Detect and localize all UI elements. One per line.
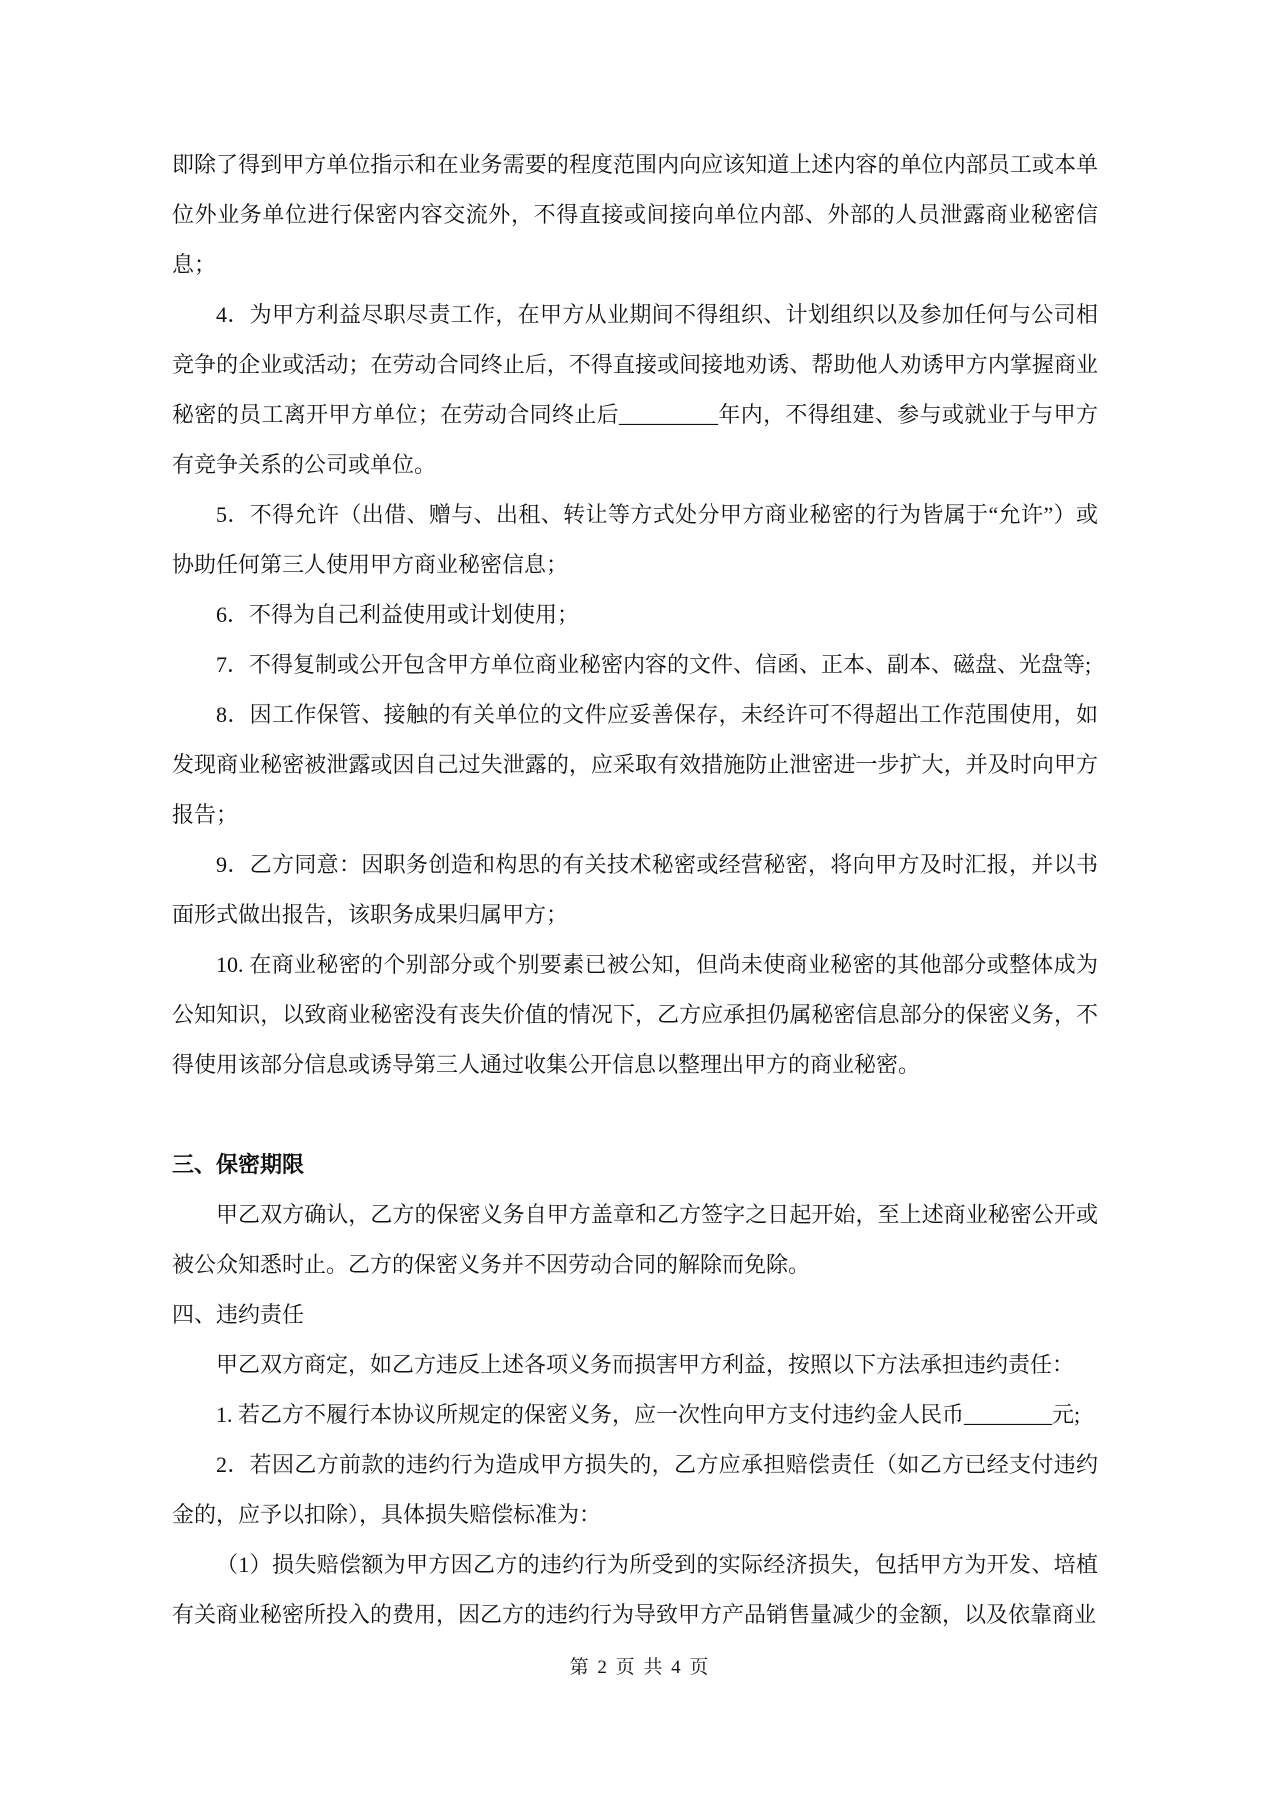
paragraph: 4．为甲方利益尽职尽责工作，在甲方从业期间不得组织、计划组织以及参加任何与公司相… — [172, 290, 1098, 490]
paragraph — [172, 1090, 1098, 1140]
paragraph: 6．不得为自己利益使用或计划使用； — [172, 590, 1098, 640]
paragraph: 2．若因乙方前款的违约行为造成甲方损失的，乙方应承担赔偿责任（如乙方已经支付违约… — [172, 1440, 1098, 1540]
paragraph: 5．不得允许（出借、赠与、出租、转让等方式处分甲方商业秘密的行为皆属于“允许”）… — [172, 490, 1098, 590]
paragraph: 7．不得复制或公开包含甲方单位商业秘密内容的文件、信函、正本、副本、磁盘、光盘等… — [172, 640, 1098, 690]
paragraph: （1）损失赔偿额为甲方因乙方的违约行为所受到的实际经济损失，包括甲方为开发、培植… — [172, 1540, 1098, 1640]
document-page: 即除了得到甲方单位指示和在业务需要的程度范围内向应该知道上述内容的单位内部员工或… — [0, 0, 1280, 1810]
paragraph: 1. 若乙方不履行本协议所规定的保密义务，应一次性向甲方支付违约金人民币____… — [172, 1390, 1098, 1440]
page-footer: 第 2 页 共 4 页 — [0, 1652, 1280, 1679]
page-number: 第 2 页 共 4 页 — [570, 1657, 711, 1678]
paragraph: 9．乙方同意：因职务创造和构思的有关技术秘密或经营秘密，将向甲方及时汇报，并以书… — [172, 840, 1098, 940]
paragraph: 即除了得到甲方单位指示和在业务需要的程度范围内向应该知道上述内容的单位内部员工或… — [172, 140, 1098, 290]
paragraph: 8．因工作保管、接触的有关单位的文件应妥善保存，未经许可不得超出工作范围使用，如… — [172, 690, 1098, 840]
paragraph: 甲乙双方确认，乙方的保密义务自甲方盖章和乙方签字之日起开始，至上述商业秘密公开或… — [172, 1190, 1098, 1290]
paragraph: 四、违约责任 — [172, 1290, 1098, 1340]
document-text-block: 即除了得到甲方单位指示和在业务需要的程度范围内向应该知道上述内容的单位内部员工或… — [172, 140, 1098, 1640]
paragraph: 10. 在商业秘密的个别部分或个别要素已被公知，但尚未使商业秘密的其他部分或整体… — [172, 940, 1098, 1090]
paragraph: 甲乙双方商定，如乙方违反上述各项义务而损害甲方利益，按照以下方法承担违约责任： — [172, 1340, 1098, 1390]
paragraph: 三、保密期限 — [172, 1140, 1098, 1190]
